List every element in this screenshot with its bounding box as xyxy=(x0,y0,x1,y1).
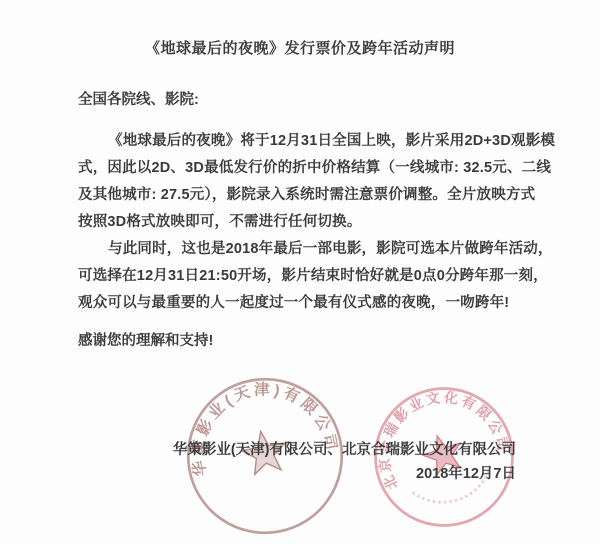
company-signature: 华策影业(天津)有限公司、北京合瑞影业文化有限公司 xyxy=(173,442,516,458)
statement-document: 华策影业(天津)有限公司 北京合瑞影业文化有限公司 《地球最后的夜晚》发行票价及… xyxy=(0,0,600,544)
body-line: 式，因此以2D、3D最低发行价的折中价格结算（一线城市: 32.5元、二线 xyxy=(78,155,540,182)
body-line: 观众可以与最重要的人一起度过一个最有仪式感的夜晚，一吻跨年! xyxy=(78,290,540,317)
body-line: 及其他城市: 27.5元），影院录入系统时需注意票价调整。全片放映方式 xyxy=(78,182,540,209)
body-line: 《地球最后的夜晚》将于12月31日全国上映，影片采用2D+3D观影模 xyxy=(78,128,540,155)
signature-block: 华策影业(天津)有限公司、北京合瑞影业文化有限公司 2018年12月7日 xyxy=(173,442,516,482)
page-title: 《地球最后的夜晚》发行票价及跨年活动声明 xyxy=(0,37,600,58)
salutation: 全国各院线、影院: xyxy=(78,88,199,109)
body-line: 按照3D格式放映即可，不需进行任何切换。 xyxy=(78,209,540,236)
body-text: 《地球最后的夜晚》将于12月31日全国上映，影片采用2D+3D观影模 式，因此以… xyxy=(78,128,540,317)
document-date: 2018年12月7日 xyxy=(173,466,516,482)
body-line: 与此同时，这也是2018年最后一部电影，影院可选本片做跨年活动， xyxy=(78,236,540,263)
body-line: 可选择在12月31日21:50开场，影片结束时恰好就是0点0分跨年那一刻， xyxy=(78,263,540,290)
closing-thanks: 感谢您的理解和支持! xyxy=(78,329,213,350)
